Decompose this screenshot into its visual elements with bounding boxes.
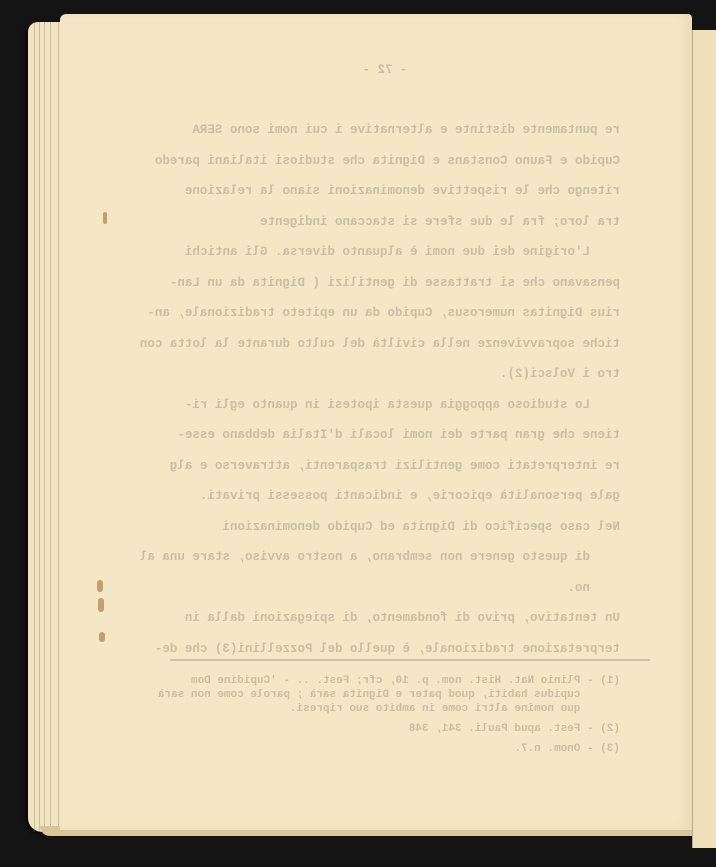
body-text-line: ritengo che le rispettive denominazioni … bbox=[185, 184, 620, 198]
body-text-line: di questo genere non sembrano, a nostro … bbox=[140, 550, 590, 564]
foxing-stain bbox=[98, 598, 104, 612]
book-scan: - 72 - re puntamente distinte e alternat… bbox=[0, 0, 716, 867]
body-text-line: Un tentativo, privo di fondamento, di sp… bbox=[185, 611, 620, 625]
body-text-line: gale personalità epicorie, e indicanti p… bbox=[200, 489, 620, 503]
body-text-line: rius Dignitas numerosus, Cupido da un ep… bbox=[147, 306, 620, 320]
body-text-line: Cupido e Fauno Constans e Dignita che st… bbox=[155, 154, 620, 168]
foxing-stain bbox=[99, 632, 105, 642]
bleed-through-text: - 72 - re puntamente distinte e alternat… bbox=[150, 55, 620, 795]
body-text-line: L'origine dei due nomi è alquanto divers… bbox=[185, 245, 590, 259]
footnote-rule bbox=[170, 659, 650, 661]
body-text-line: no. bbox=[567, 581, 590, 595]
facing-page-edge bbox=[692, 30, 716, 848]
body-text-line: tra loro; fra le due sfere si staccano i… bbox=[260, 215, 620, 229]
body-text-line: pensavano che si trattasse di gentilizi … bbox=[170, 276, 620, 290]
page-number-header: - 72 - bbox=[150, 63, 620, 77]
foxing-stain bbox=[103, 212, 107, 224]
body-text-line: re interpretati come gentilizi trasparen… bbox=[170, 459, 620, 473]
body-text-line: tiene che gran parte dei nomi locali d'I… bbox=[177, 428, 620, 442]
body-text-line: Nel caso specifico di Dignita ed Cupido … bbox=[222, 520, 620, 534]
body-text-line: tro i Volsci(2). bbox=[500, 367, 620, 381]
body-text-line: terpretazione tradizionale, è quello del… bbox=[155, 642, 620, 656]
body-text-line: re puntamente distinte e alternative i c… bbox=[192, 123, 620, 137]
footnote-line: (1) - Plinio Nat. Hist. nom. p. 10, cfr;… bbox=[191, 675, 620, 687]
footnote-line: (3) - Onom. n.7. bbox=[514, 743, 620, 755]
body-text-line: Lo studioso appoggia questa ipotesi in q… bbox=[185, 398, 590, 412]
footnote-line: quo nomine altri come in ambito suo ripr… bbox=[290, 703, 620, 715]
foxing-stain bbox=[97, 580, 103, 592]
footnote-line: (2) - Fest. apud Pauli. 341, 348 bbox=[409, 723, 620, 735]
footnote-line: cupidus habiti, quod pater e Dignita sar… bbox=[158, 689, 620, 701]
body-text-line: tiche sopravvivenze nella civiltà del cu… bbox=[140, 337, 620, 351]
